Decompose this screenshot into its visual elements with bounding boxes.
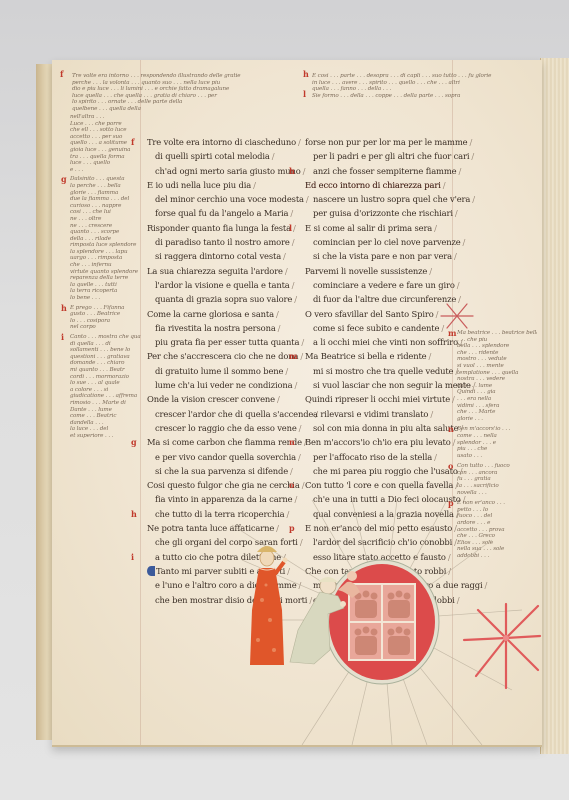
punctus-mark: / [443,180,446,190]
verse-text: Ma Beatrice si bella e ridente [305,351,427,361]
punctus-mark: / [471,151,474,161]
gloss-line: lo sue . . . al quale [70,380,154,387]
verse-text: si vuol lasciar che non seguir la mente [313,380,471,390]
rubric-marker: o [289,478,294,492]
verse-text: forse qual fu da l'angelo a Maria [155,208,288,218]
gloss-line: la luce . . . del [70,426,154,433]
verse-text: di gratuito lume il sommo bene [155,366,283,376]
verse-line: per guisa d'orizzonte che rischiari/ [305,206,505,220]
manuscript-page: f Tre volte era intorno . . . respondend… [52,60,542,747]
gloss-line: lo bene . . . [70,295,154,302]
gloss-line: accetto . . . per suo [70,134,154,141]
verse-text: fia rivestita la nostra persona [155,323,276,333]
gloss-line: che . . . infernu [70,262,154,269]
verse-text: E si come al salir di prima sera [305,223,432,233]
gloss-marker: h [303,71,309,78]
gloss-line: mi quanto . . . Beatr [70,367,154,374]
punctus-mark: / [457,280,460,290]
gloss-line: sollamenti . . . bene lo [70,347,154,354]
gloss-line: gioia luce . . . genuina [70,147,154,154]
gloss-line: perche . . . la volonta . . . quanto suo… [72,80,347,87]
rubric-marker: h [289,164,295,178]
verse-line: lE si come al salir di prima sera/ [305,221,505,235]
verse-text: E io udi nella luce piu dia [147,180,251,190]
punctus-mark: / [434,452,437,462]
verse-line: nascere un lustro sopra quel che v'era/ [305,192,505,206]
mars-sphere [325,560,439,684]
verse-text: per guisa d'orizzonte che rischiari [313,208,453,218]
verse-text: sol con mia donna in piu alta salute [313,423,458,433]
gloss-line: quelbene . . . quella della [72,106,347,113]
gloss-line: che . . . ridente [457,350,537,357]
verse-text: Quindi ripreser li occhi miei virtute [305,394,450,404]
rubric-marker: g [131,435,136,449]
gloss-block: nBen m'accors'io . . .come . . . nellasp… [457,426,537,459]
punctus-mark: / [472,194,475,204]
gloss-line: cordi . . . mormorazio [70,374,154,381]
verse-text: Con tutto 'l core e con quella favella [305,480,453,490]
gloss-line: ne . . . crescere [70,223,154,230]
gloss-block: nell'altra . . .Luce . . . che porreche … [70,114,154,173]
verse-text: per li padri e per gli altri che fuor ca… [313,151,469,161]
gloss-line: ne . . . oltre [70,216,154,223]
gloss-block: oCon tutto . . . fuococon . . . ancorafu… [457,463,537,496]
gloss-line: splendor . . . e [457,440,537,447]
punctus-mark: / [253,180,256,190]
verse-text: Risponder quanto fia lunga la festa [147,223,291,233]
verse-text: come si fece subito e candente [313,323,439,333]
gloss-marker: g [61,176,67,183]
gloss-line: e . . . [70,167,154,174]
gloss-line: di quella . . . di [70,341,154,348]
punctus-mark: / [299,423,302,433]
verse-text: per l'affocato riso de la stella [313,452,432,462]
gloss-line: . . . che piu [457,337,537,344]
gloss-line: in luce . . . avere . . . spirito . . . … [312,80,537,87]
gloss-block: hE prego . . . Fifannagusto . . . Beatri… [70,305,154,331]
punctus-mark: / [300,351,303,361]
rubric-marker: l [289,221,292,235]
gloss-line: glorie . . . fiamma [70,190,154,197]
gloss-line: come . . . nella [457,433,537,440]
punctus-mark: / [430,409,433,419]
verse-text: forse non pur per lor ma per le mamme [305,137,467,147]
gloss-line: che . . . Marte [457,409,537,416]
verse-text: Ben m'accors'io ch'io era piu levato [305,437,451,447]
verse-line: Parvemi li novelle sussistenze/ [305,264,505,278]
rubric-marker: f [131,135,134,149]
gloss-line: gusto . . . Beatrice [70,311,154,318]
verse-line: cominciare a vedere e fare un giro/ [305,278,505,292]
gloss-line: lo . . . cosipora [70,318,154,325]
verse-line: per li padri e per gli altri che fuor ca… [305,149,505,163]
gloss-line: la . . . sacrificio [457,483,537,490]
verse-line: comincian per lo ciel nove parvenze/ [305,235,505,249]
gloss-line: quanto . . . scorpe [70,229,154,236]
gloss-marker: o [448,463,453,470]
gloss-line: Dante . . . lume [70,407,154,414]
gloss-line: della . . . rilade [70,236,154,243]
punctus-mark: / [454,251,457,261]
gloss-marker: i [61,334,64,341]
verse-text: Cosi questo fulgor che gia ne cerchia [147,480,300,490]
gloss-line: virtute quanto splendore [70,269,154,276]
punctus-mark: / [290,208,293,218]
gloss-line: che . . . lume [457,383,537,390]
gloss-line: domande . . . chiaro [70,360,154,367]
gloss-line: Con tutto . . . fuoco [457,463,537,470]
gloss-line: quella . . . fanno . . . della . . . [312,86,537,93]
gloss-marker: n [448,426,454,433]
verse-text: a li occhi miei che vinti non soffriro [313,337,458,347]
punctus-mark: / [302,480,305,490]
left-gloss-column: nell'altra . . .Luce . . . che porreche … [70,114,154,443]
gloss-line: usato . . . [457,453,537,460]
punctus-mark: / [429,351,432,361]
verse-text: comincian per lo ciel nove parvenze [313,237,461,247]
verse-text: l'ardor la visione e quella e tanta [155,280,290,290]
gloss-block: iCanto . . . mostra che quadi quella . .… [70,334,154,440]
verse-text: Tre volte era intorno di ciascheduno [147,137,296,147]
punctus-mark: / [272,151,275,161]
gloss-line: mostro . . . vedute [457,356,537,363]
verse-text: O vero sfavillar del Santo Spiro [305,309,434,319]
gloss-line: et superiore . . . [70,433,154,440]
punctus-mark: / [292,280,295,290]
gloss-marker: f [60,71,63,78]
gloss-line: due la fiamma . . . del [70,196,154,203]
verse-text: ch'ad ogni merto saria giusto muno [155,166,301,176]
verse-line: si che la vista pare e non par vera/ [305,249,505,263]
gloss-line: piu . . . che [457,446,537,453]
gloss-line: nell'altra . . . [70,114,154,121]
large-star-icon [460,600,542,690]
gloss-line: rimosio . . . Marte di [70,400,154,407]
verse-text: Ma si come carbon che fiamma rende [147,437,302,447]
verse-text: si che la vista pare e non par vera [313,251,452,261]
gloss-line: la terra ricoperta [70,288,154,295]
gloss-line: Luce . . . che porre [70,121,154,128]
gloss-line: luce . . . quello [70,160,154,167]
punctus-mark: / [469,137,472,147]
gloss-line: Ben m'accors'io . . . [457,426,537,433]
verse-text: nascere un lustro sopra quel che v'era [313,194,470,204]
rubric-marker: n [289,435,295,449]
gloss-line: la perche . . . bella [70,183,154,190]
gloss-line: novella . . . [457,490,537,497]
verse-text: lume ch'a lui veder ne condiziona [155,380,293,390]
punctus-mark: / [285,366,288,376]
gloss-line: dandella . . . [70,420,154,427]
gloss-line: E prego . . . Fifanna [70,305,154,312]
gloss-block: gDalsinito . . . questala perche . . . b… [70,176,154,301]
rubric-marker: m [289,349,297,363]
verse-line: forse non pur per lor ma per le mamme/ [305,135,505,149]
gloss-line: Dalsinito . . . questa [70,176,154,183]
punctus-mark: / [285,266,288,276]
verse-line: Ed ecco intorno di chiarezza pari/ [305,178,505,192]
punctus-mark: / [292,237,295,247]
gloss-line: templatione . . . quella [457,370,537,377]
punctus-mark: / [453,437,456,447]
gloss-line: reparenza della terre [70,275,154,282]
punctus-mark: / [298,452,301,462]
verse-text: crescer lo raggio che da esso vene [155,423,297,433]
verse-text: piu grata fia per esser tutta quanta [155,337,299,347]
verse-text: cominciare a vedere e fare un giro [313,280,455,290]
verse-line: hanzi che fosser sempiterne fiamme/ [305,164,505,178]
gloss-marker: h [61,305,67,312]
gloss-line: Quindi . . . gia [457,389,537,396]
gloss-line: nel corpo [70,324,154,331]
gloss-line: che ell . . . sotto luce [70,127,154,134]
verse-text: si raggera dintorno cotal vesta [155,251,281,261]
punctus-mark: / [434,223,437,233]
punctus-mark: / [452,394,455,404]
gloss-line: bella . . . splendore [457,343,537,350]
book-fore-edge [540,58,569,754]
gloss-line: rimposta luce splendore [70,242,154,249]
verse-text: si che la sua parvenza si difende [155,466,288,476]
verse-text: anzi che fosser sempiterne fiamme [313,166,456,176]
verse-text: di fuor da l'altre due circunferenze [313,294,456,304]
verse-text: di quelli spirti cotal melodia [155,151,270,161]
gloss-line: . . . era nella [457,396,537,403]
verse-text: del minor cerchio una voce modesta [155,194,304,204]
verse-text: a rilevarsi e vidimi translato [313,409,428,419]
gloss-line: giudicatione . . . affrema [70,393,154,400]
gloss-line: Sie formo . . . della . . . coppe . . . … [312,93,537,100]
top-gloss-right: E cosi . . . parte . . . desopra . . . d… [312,73,537,99]
punctus-mark: / [290,466,293,476]
gloss-line: uargo . . . rimposta [70,255,154,262]
punctus-mark: / [294,294,297,304]
gloss-line: nostra . . . vedere [457,376,537,383]
verse-text: Ed ecco intorno di chiarezza pari [305,180,441,190]
punctus-mark: / [429,266,432,276]
gloss-line: vidimi . . . sfera [457,403,537,410]
punctus-mark: / [301,337,304,347]
punctus-mark: / [293,223,296,233]
gloss-line: la splendore . . . lapu [70,249,154,256]
punctus-mark: / [283,251,286,261]
verse-text: Come la carne gloriosa e santa [147,309,274,319]
gloss-line: la quelle . . . tutti [70,282,154,289]
verse-text: mi si mostro che tra quelle vedute [313,366,453,376]
gloss-line: si vuol . . . mente [457,363,537,370]
gloss-line: Canto . . . mostra che qua [70,334,154,341]
verse-text: quanta di grazia sopra suo valore [155,294,292,304]
verse-text: Parvemi li novelle sussistenze [305,266,427,276]
gloss-line: lo spirito . . . ornate . . . delle part… [72,99,347,106]
verse-text: che mi parea piu roggio che l'usato [313,466,458,476]
gloss-line: fu . . . gratia [457,476,537,483]
gloss-line: E cosi . . . parte . . . desopra . . . d… [312,73,537,80]
punctus-mark: / [276,309,279,319]
gloss-block: mMa beatrice . . . beatrice bella. . . c… [457,330,537,422]
punctus-mark: / [295,380,298,390]
gloss-line: cosi . . . che lui [70,209,154,216]
punctus-mark: / [277,394,280,404]
gloss-line: curioso . . . nappre [70,203,154,210]
punctus-mark: / [458,166,461,176]
gloss-line: come . . . Beatric [70,413,154,420]
punctus-mark: / [455,208,458,218]
verse-text: La sua chiarezza seguita l'ardore [147,266,283,276]
punctus-mark: / [298,137,301,147]
gloss-line: tra . . . quella forma [70,154,154,161]
small-star-icon [437,300,477,332]
verse-text: Per che s'accrescera cio che ne dona [147,351,298,361]
verse-text: e per vivo candor quella soverchia [155,452,296,462]
gloss-line: glorie . . . [457,416,537,423]
gloss-line: questioni . . . gratiava [70,354,154,361]
gloss-line: a colore . . . si [70,387,154,394]
verse-text: di paradiso tanto il nostro amore [155,237,290,247]
verse-text: crescer l'ardor che di quella s'accende [155,409,313,419]
punctus-mark: / [463,237,466,247]
gloss-line: con . . . ancora [457,470,537,477]
gloss-line: quello . . . a solitume [70,140,154,147]
verse-text: Onde la vision crescer convene [147,394,275,404]
beatrice-figure [250,546,288,665]
punctus-mark: / [278,323,281,333]
gloss-marker: l [303,91,306,98]
